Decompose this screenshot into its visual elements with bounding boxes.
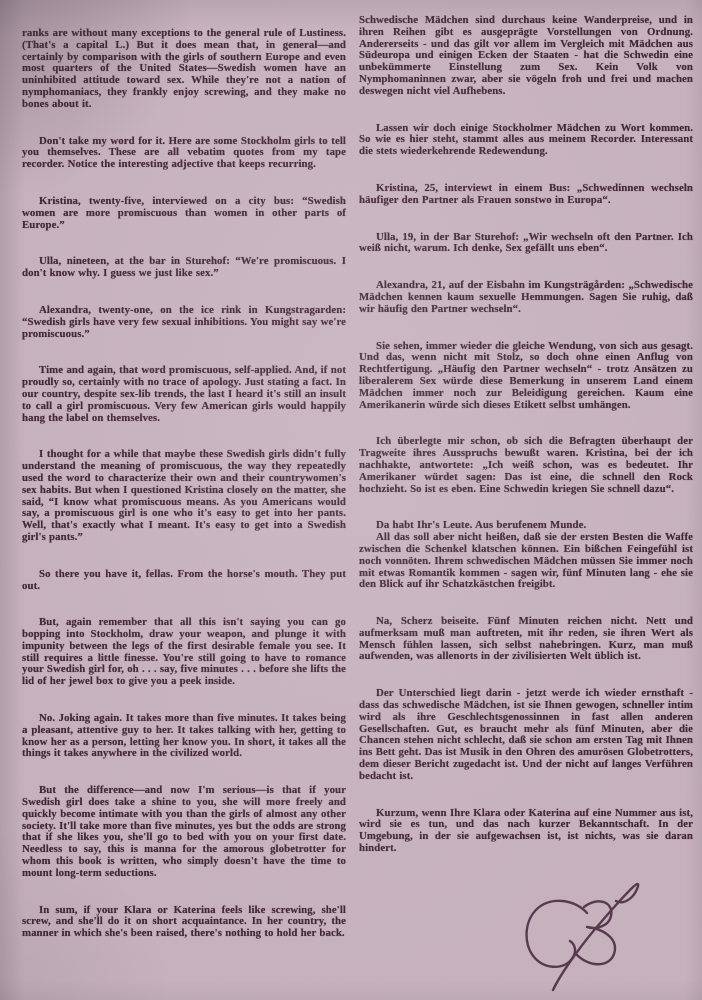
paragraph: But the difference—and now I'm serious—i… xyxy=(22,785,346,879)
paragraph: Ulla, nineteen, at the bar in Sturehof: … xyxy=(22,256,346,280)
paragraph: Alexandra, twenty-one, on the ice rink i… xyxy=(22,305,346,340)
paragraph: Alexandra, 21, auf der Eisbahn im Kungst… xyxy=(359,280,693,315)
paragraph: Ich überlegte mir schon, ob sich die Bef… xyxy=(359,436,693,495)
paragraph: Time and again, that word promiscuous, s… xyxy=(22,365,346,424)
paragraph: Kurzum, wenn Ihre Klara oder Katerina au… xyxy=(359,808,693,855)
paragraph: Sie sehen, immer wieder die gleiche Wend… xyxy=(359,341,693,412)
paragraph: No. Joking again. It takes more than fiv… xyxy=(22,713,346,760)
english-text-column: ranks are without many exceptions to the… xyxy=(22,28,346,965)
paragraph: Lassen wir doch einige Stockholmer Mädch… xyxy=(359,123,693,158)
paragraph: Na, Scherz beiseite. Fünf Minuten reiche… xyxy=(359,616,693,663)
paragraph: Kristina, twenty-five, interviewed on a … xyxy=(22,196,346,231)
german-text-column: Schwedische Mädchen sind durchaus keine … xyxy=(359,15,693,880)
paragraph: Don't take my word for it. Here are some… xyxy=(22,136,346,171)
signature-scrawl-icon xyxy=(490,876,654,996)
paragraph: All das soll aber nicht heißen, daß sie … xyxy=(359,532,693,591)
paragraph: I thought for a while that maybe these S… xyxy=(22,449,346,543)
paragraph: In sum, if your Klara or Katerina feels … xyxy=(22,905,346,940)
paragraph: Schwedische Mädchen sind durchaus keine … xyxy=(359,15,693,98)
paragraph: ranks are without many exceptions to the… xyxy=(22,28,346,111)
book-page: ranks are without many exceptions to the… xyxy=(0,0,702,1000)
paragraph: Kristina, 25, interviewt in einem Bus: „… xyxy=(359,183,693,207)
paragraph: So there you have it, fellas. From the h… xyxy=(22,569,346,593)
paragraph: But, again remember that all this isn't … xyxy=(22,617,346,688)
paragraph: Ulla, 19, in der Bar Sturehof: „Wir wech… xyxy=(359,232,693,256)
paragraph: Der Unterschied liegt darin - jetzt werd… xyxy=(359,688,693,782)
